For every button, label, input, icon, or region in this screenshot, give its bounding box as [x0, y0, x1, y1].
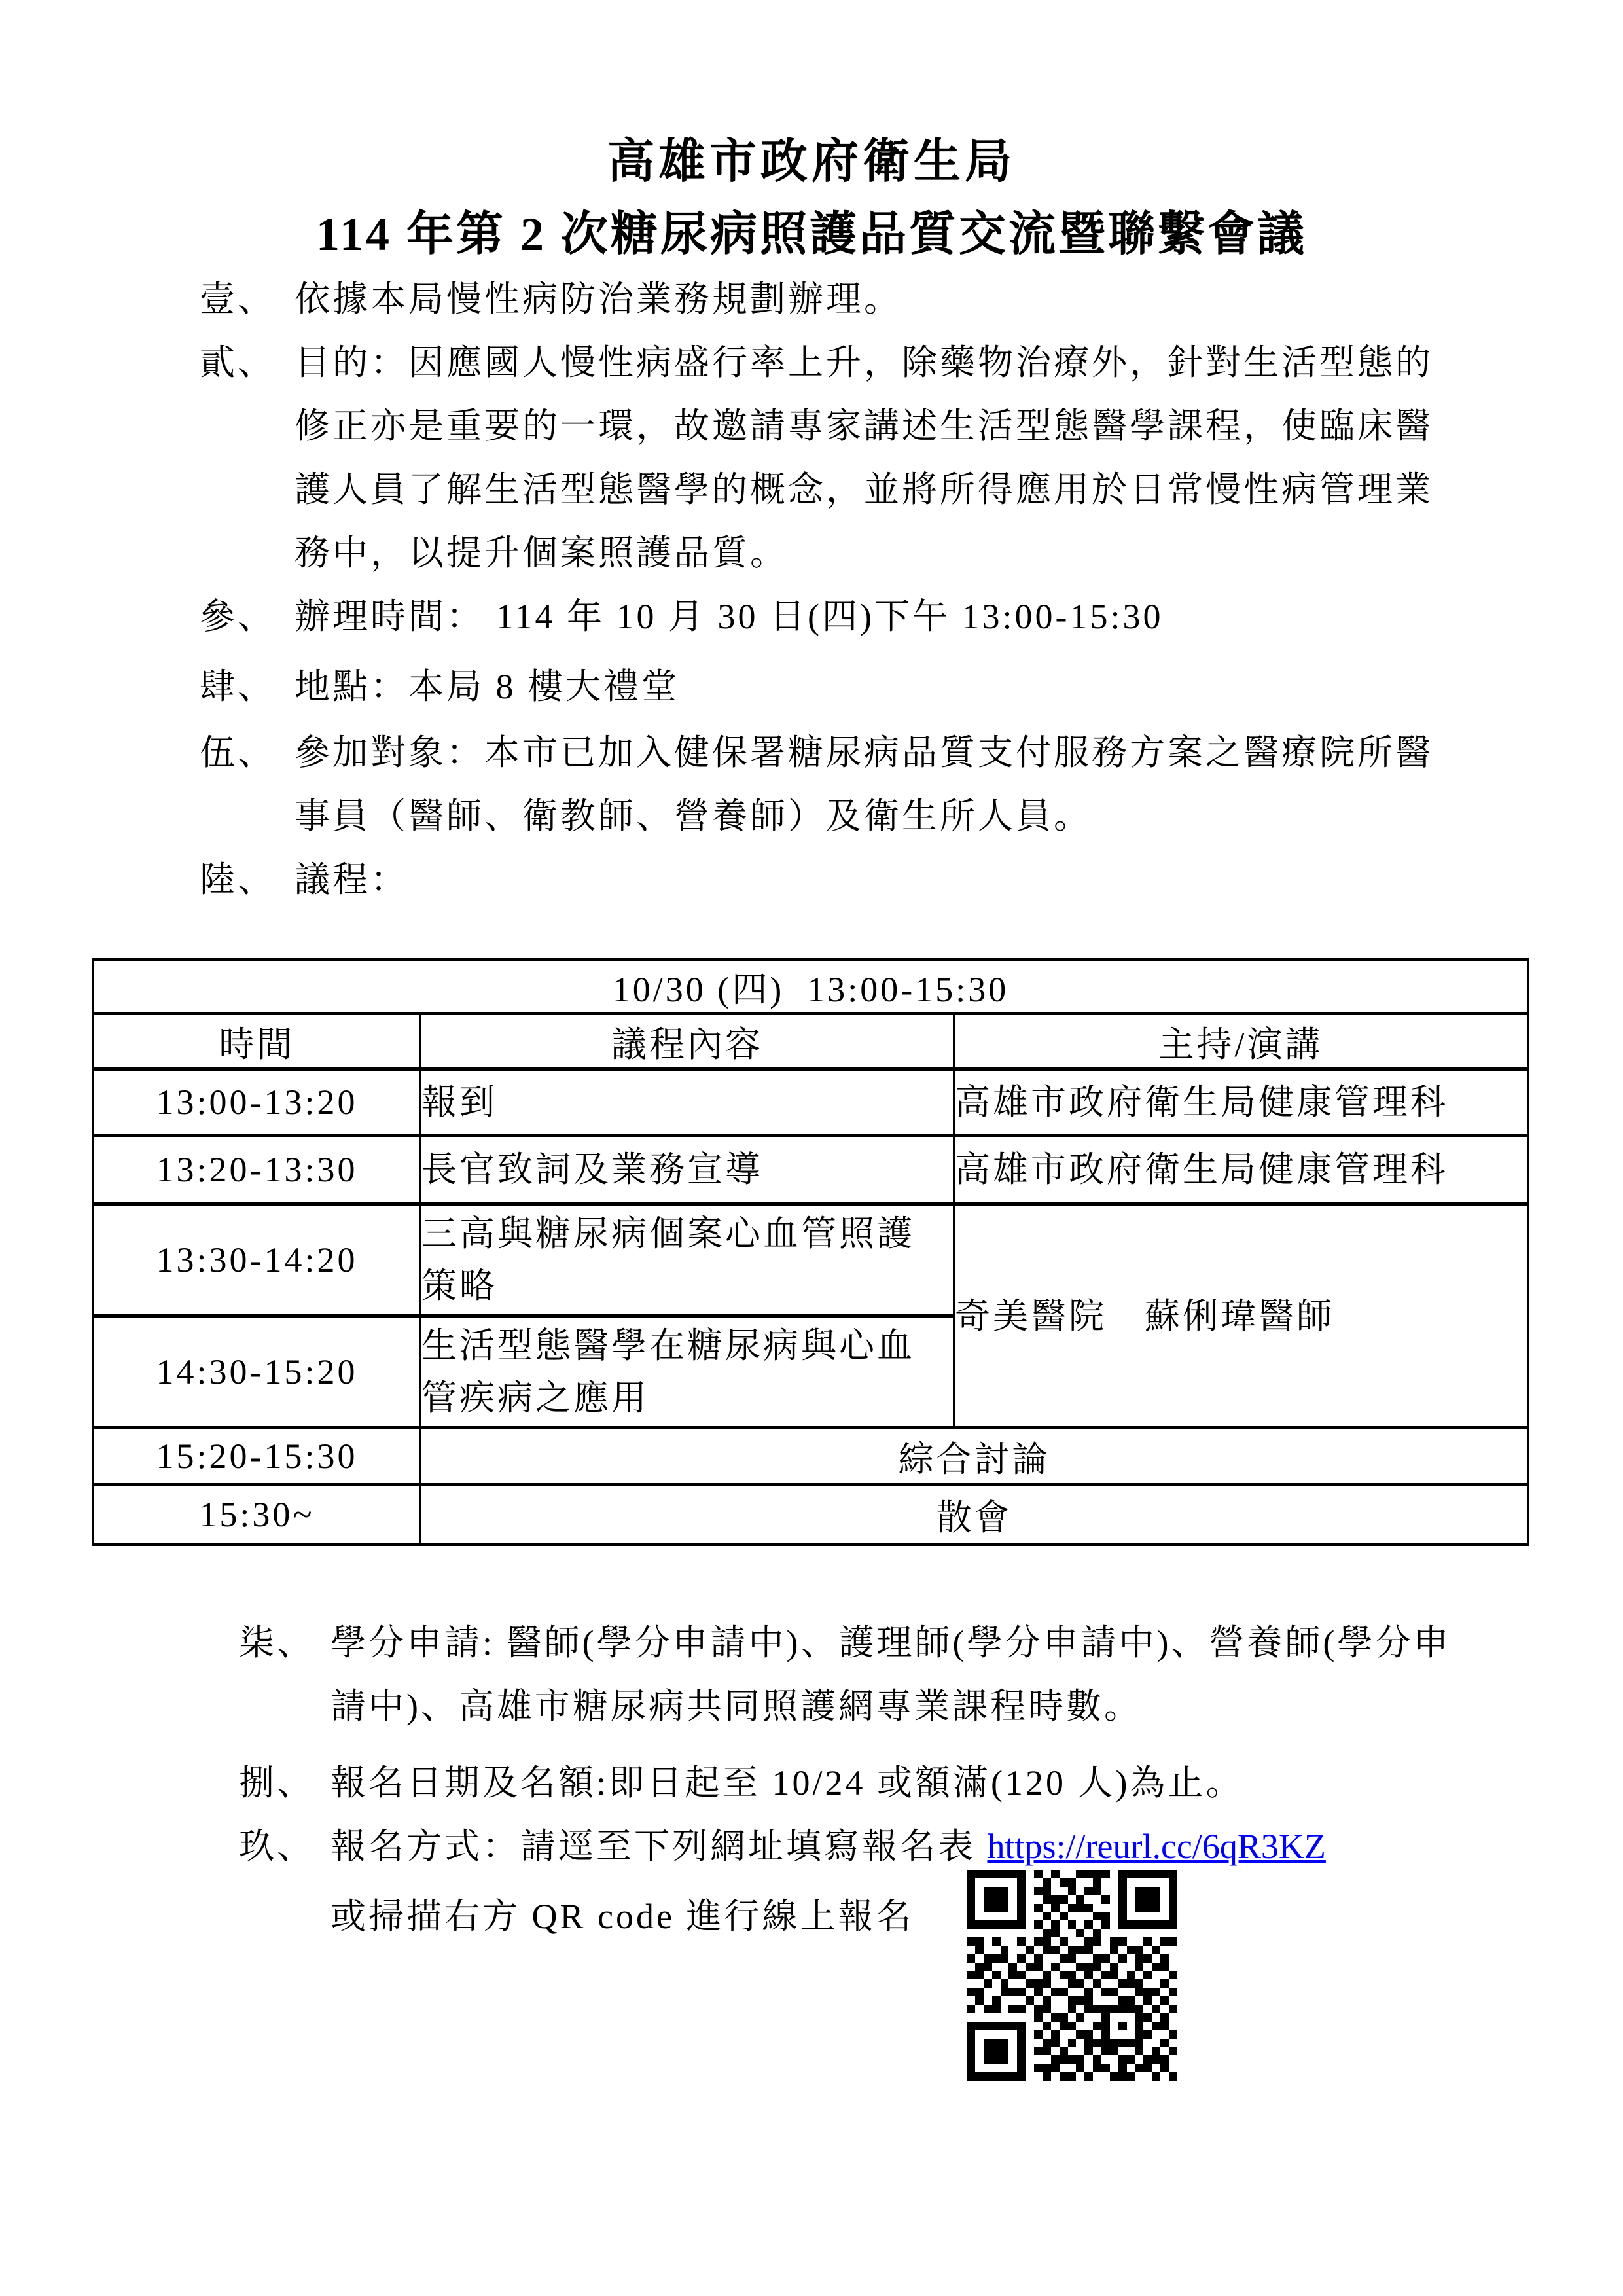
- section-item: 貳、目的：因應國人慢性病盛行率上升，除藥物治療外，針對生活型態的修正亦是重要的一…: [200, 331, 1479, 585]
- text-line: 報名方式：請逕至下列網址填寫報名表 https://reurl.cc/6qR3K…: [330, 1815, 1479, 1878]
- agenda-time-cell: 13:00-13:20: [94, 1069, 421, 1136]
- agenda-header-row: 時間議程內容主持/演講: [94, 1014, 1528, 1069]
- section-item: 肆、地點：本局 8 樓大禮堂: [200, 655, 1479, 719]
- agenda-host-cell: 高雄市政府衛生局健康管理科: [954, 1069, 1528, 1136]
- document-title: 高雄市政府衛生局: [0, 134, 1623, 190]
- agenda-content-cell: 長官致詞及業務宣導: [421, 1136, 954, 1204]
- agenda-time-cell: 13:30-14:20: [94, 1204, 421, 1316]
- section-text: 學分申請: 醫師(學分申請中)、護理師(學分申請中)、營養師(學分申請中)、高雄…: [330, 1611, 1479, 1738]
- section-item: 柒、學分申請: 醫師(學分申請中)、護理師(學分申請中)、營養師(學分申請中)、…: [239, 1611, 1479, 1738]
- text-line: 修正亦是重要的一環，故邀請專家講述生活型態醫學課程，使臨床醫: [294, 395, 1479, 458]
- text-line: 依據本局慢性病防治業務規劃辦理。: [294, 268, 1479, 331]
- section-item: 壹、依據本局慢性病防治業務規劃辦理。: [200, 268, 1479, 331]
- document-page: 高雄市政府衛生局 114 年第 2 次糖尿病照護品質交流暨聯繫會議 壹、依據本局…: [0, 0, 1623, 2296]
- section-item: 捌、報名日期及名額:即日起至 10/24 或額滿(120 人)為止。: [239, 1751, 1479, 1815]
- section-number: 陸、: [200, 848, 294, 912]
- text-line: 事員（醫師、衛教師、營養師）及衛生所人員。: [294, 785, 1479, 848]
- section-text: 地點：本局 8 樓大禮堂: [294, 655, 1479, 719]
- agenda-time-cell: 15:30~: [94, 1485, 421, 1545]
- text-line: 報名日期及名額:即日起至 10/24 或額滿(120 人)為止。: [330, 1751, 1479, 1815]
- agenda-content-cell: 生活型態醫學在糖尿病與心血管疾病之應用: [421, 1316, 954, 1428]
- section-item: 玖、報名方式：請逕至下列網址填寫報名表 https://reurl.cc/6qR…: [239, 1815, 1479, 1878]
- registration-link[interactable]: https://reurl.cc/6qR3KZ: [988, 1827, 1326, 1866]
- text-line: 護人員了解生活型態醫學的概念，並將所得應用於日常慢性病管理業: [294, 458, 1479, 522]
- section-number: 肆、: [200, 655, 294, 719]
- agenda-title-row: 10/30 (四) 13:00-15:30: [94, 960, 1528, 1014]
- sections-upper: 壹、依據本局慢性病防治業務規劃辦理。貳、目的：因應國人慢性病盛行率上升，除藥物治…: [200, 268, 1479, 912]
- qr-code: [967, 1870, 1177, 2081]
- agenda-merged-cell: 散會: [421, 1485, 1528, 1545]
- section-number: 壹、: [200, 268, 294, 331]
- text-line: 務中，以提升個案照護品質。: [294, 522, 1479, 585]
- section-number: 參、: [200, 585, 294, 649]
- document-subtitle: 114 年第 2 次糖尿病照護品質交流暨聯繫會議: [0, 207, 1623, 262]
- text-line: 報到: [421, 1076, 953, 1128]
- section-text: 議程：: [294, 848, 1479, 912]
- section-number: 玖、: [239, 1815, 330, 1878]
- agenda-column-header: 主持/演講: [954, 1014, 1528, 1069]
- agenda-time-cell: 14:30-15:20: [94, 1316, 421, 1428]
- agenda-title-cell: 10/30 (四) 13:00-15:30: [94, 960, 1528, 1014]
- text-line: 生活型態醫學在糖尿病與心血: [421, 1319, 953, 1372]
- agenda-content-cell: 報到: [421, 1069, 954, 1136]
- agenda-host-cell: 奇美醫院 蘇俐瑋醫師: [954, 1204, 1528, 1428]
- agenda-merged-cell: 綜合討論: [421, 1428, 1528, 1485]
- agenda-column-header: 議程內容: [421, 1014, 954, 1069]
- section-item: 陸、議程：: [200, 848, 1479, 912]
- agenda-time-cell: 15:20-15:30: [94, 1428, 421, 1485]
- section-text: 參加對象：本市已加入健保署糖尿病品質支付服務方案之醫療院所醫事員（醫師、衛教師、…: [294, 721, 1479, 848]
- text-line: 辦理時間： 114 年 10 月 30 日(四)下午 13:00-15:30: [294, 585, 1479, 649]
- text-line: 參加對象：本市已加入健保署糖尿病品質支付服務方案之醫療院所醫: [294, 721, 1479, 785]
- text-line: 策略: [421, 1260, 953, 1312]
- agenda-row: 13:30-14:20三高與糖尿病個案心血管照護策略奇美醫院 蘇俐瑋醫師: [94, 1204, 1528, 1316]
- text-line: 請中)、高雄市糖尿病共同照護網專業課程時數。: [330, 1675, 1479, 1738]
- section-text: 目的：因應國人慢性病盛行率上升，除藥物治療外，針對生活型態的修正亦是重要的一環，…: [294, 331, 1479, 585]
- text-line: 三高與糖尿病個案心血管照護: [421, 1208, 953, 1260]
- section-text: 報名日期及名額:即日起至 10/24 或額滿(120 人)為止。: [330, 1751, 1479, 1815]
- text-line: 長官致詞及業務宣導: [421, 1143, 953, 1196]
- section-text: 依據本局慢性病防治業務規劃辦理。: [294, 268, 1479, 331]
- section-item: 參、辦理時間： 114 年 10 月 30 日(四)下午 13:00-15:30: [200, 585, 1479, 649]
- section-number: 柒、: [239, 1611, 330, 1675]
- agenda-time-cell: 13:20-13:30: [94, 1136, 421, 1204]
- agenda-content-cell: 三高與糖尿病個案心血管照護策略: [421, 1204, 954, 1316]
- section-number: 捌、: [239, 1751, 330, 1815]
- text-line: 目的：因應國人慢性病盛行率上升，除藥物治療外，針對生活型態的: [294, 331, 1479, 395]
- section-text: 辦理時間： 114 年 10 月 30 日(四)下午 13:00-15:30: [294, 585, 1479, 649]
- section-number: 伍、: [200, 721, 294, 785]
- text-line: 管疾病之應用: [421, 1372, 953, 1424]
- agenda-row: 15:20-15:30綜合討論: [94, 1428, 1528, 1485]
- sections-lower: 柒、學分申請: 醫師(學分申請中)、護理師(學分申請中)、營養師(學分申請中)、…: [239, 1611, 1479, 1878]
- text-line: 地點：本局 8 樓大禮堂: [294, 655, 1479, 719]
- text-line: 議程：: [294, 848, 1479, 912]
- text-line: 學分申請: 醫師(學分申請中)、護理師(學分申請中)、營養師(學分申: [330, 1611, 1479, 1675]
- agenda-row: 13:20-13:30長官致詞及業務宣導高雄市政府衛生局健康管理科: [94, 1136, 1528, 1204]
- section-text: 報名方式：請逕至下列網址填寫報名表 https://reurl.cc/6qR3K…: [330, 1815, 1479, 1878]
- agenda-column-header: 時間: [94, 1014, 421, 1069]
- section-item: 伍、參加對象：本市已加入健保署糖尿病品質支付服務方案之醫療院所醫事員（醫師、衛教…: [200, 721, 1479, 848]
- agenda-table: 10/30 (四) 13:00-15:30時間議程內容主持/演講13:00-13…: [92, 958, 1529, 1546]
- section-number: 貳、: [200, 331, 294, 395]
- agenda-row: 15:30~散會: [94, 1485, 1528, 1545]
- agenda-host-cell: 高雄市政府衛生局健康管理科: [954, 1136, 1528, 1204]
- agenda-row: 13:00-13:20報到高雄市政府衛生局健康管理科: [94, 1069, 1528, 1136]
